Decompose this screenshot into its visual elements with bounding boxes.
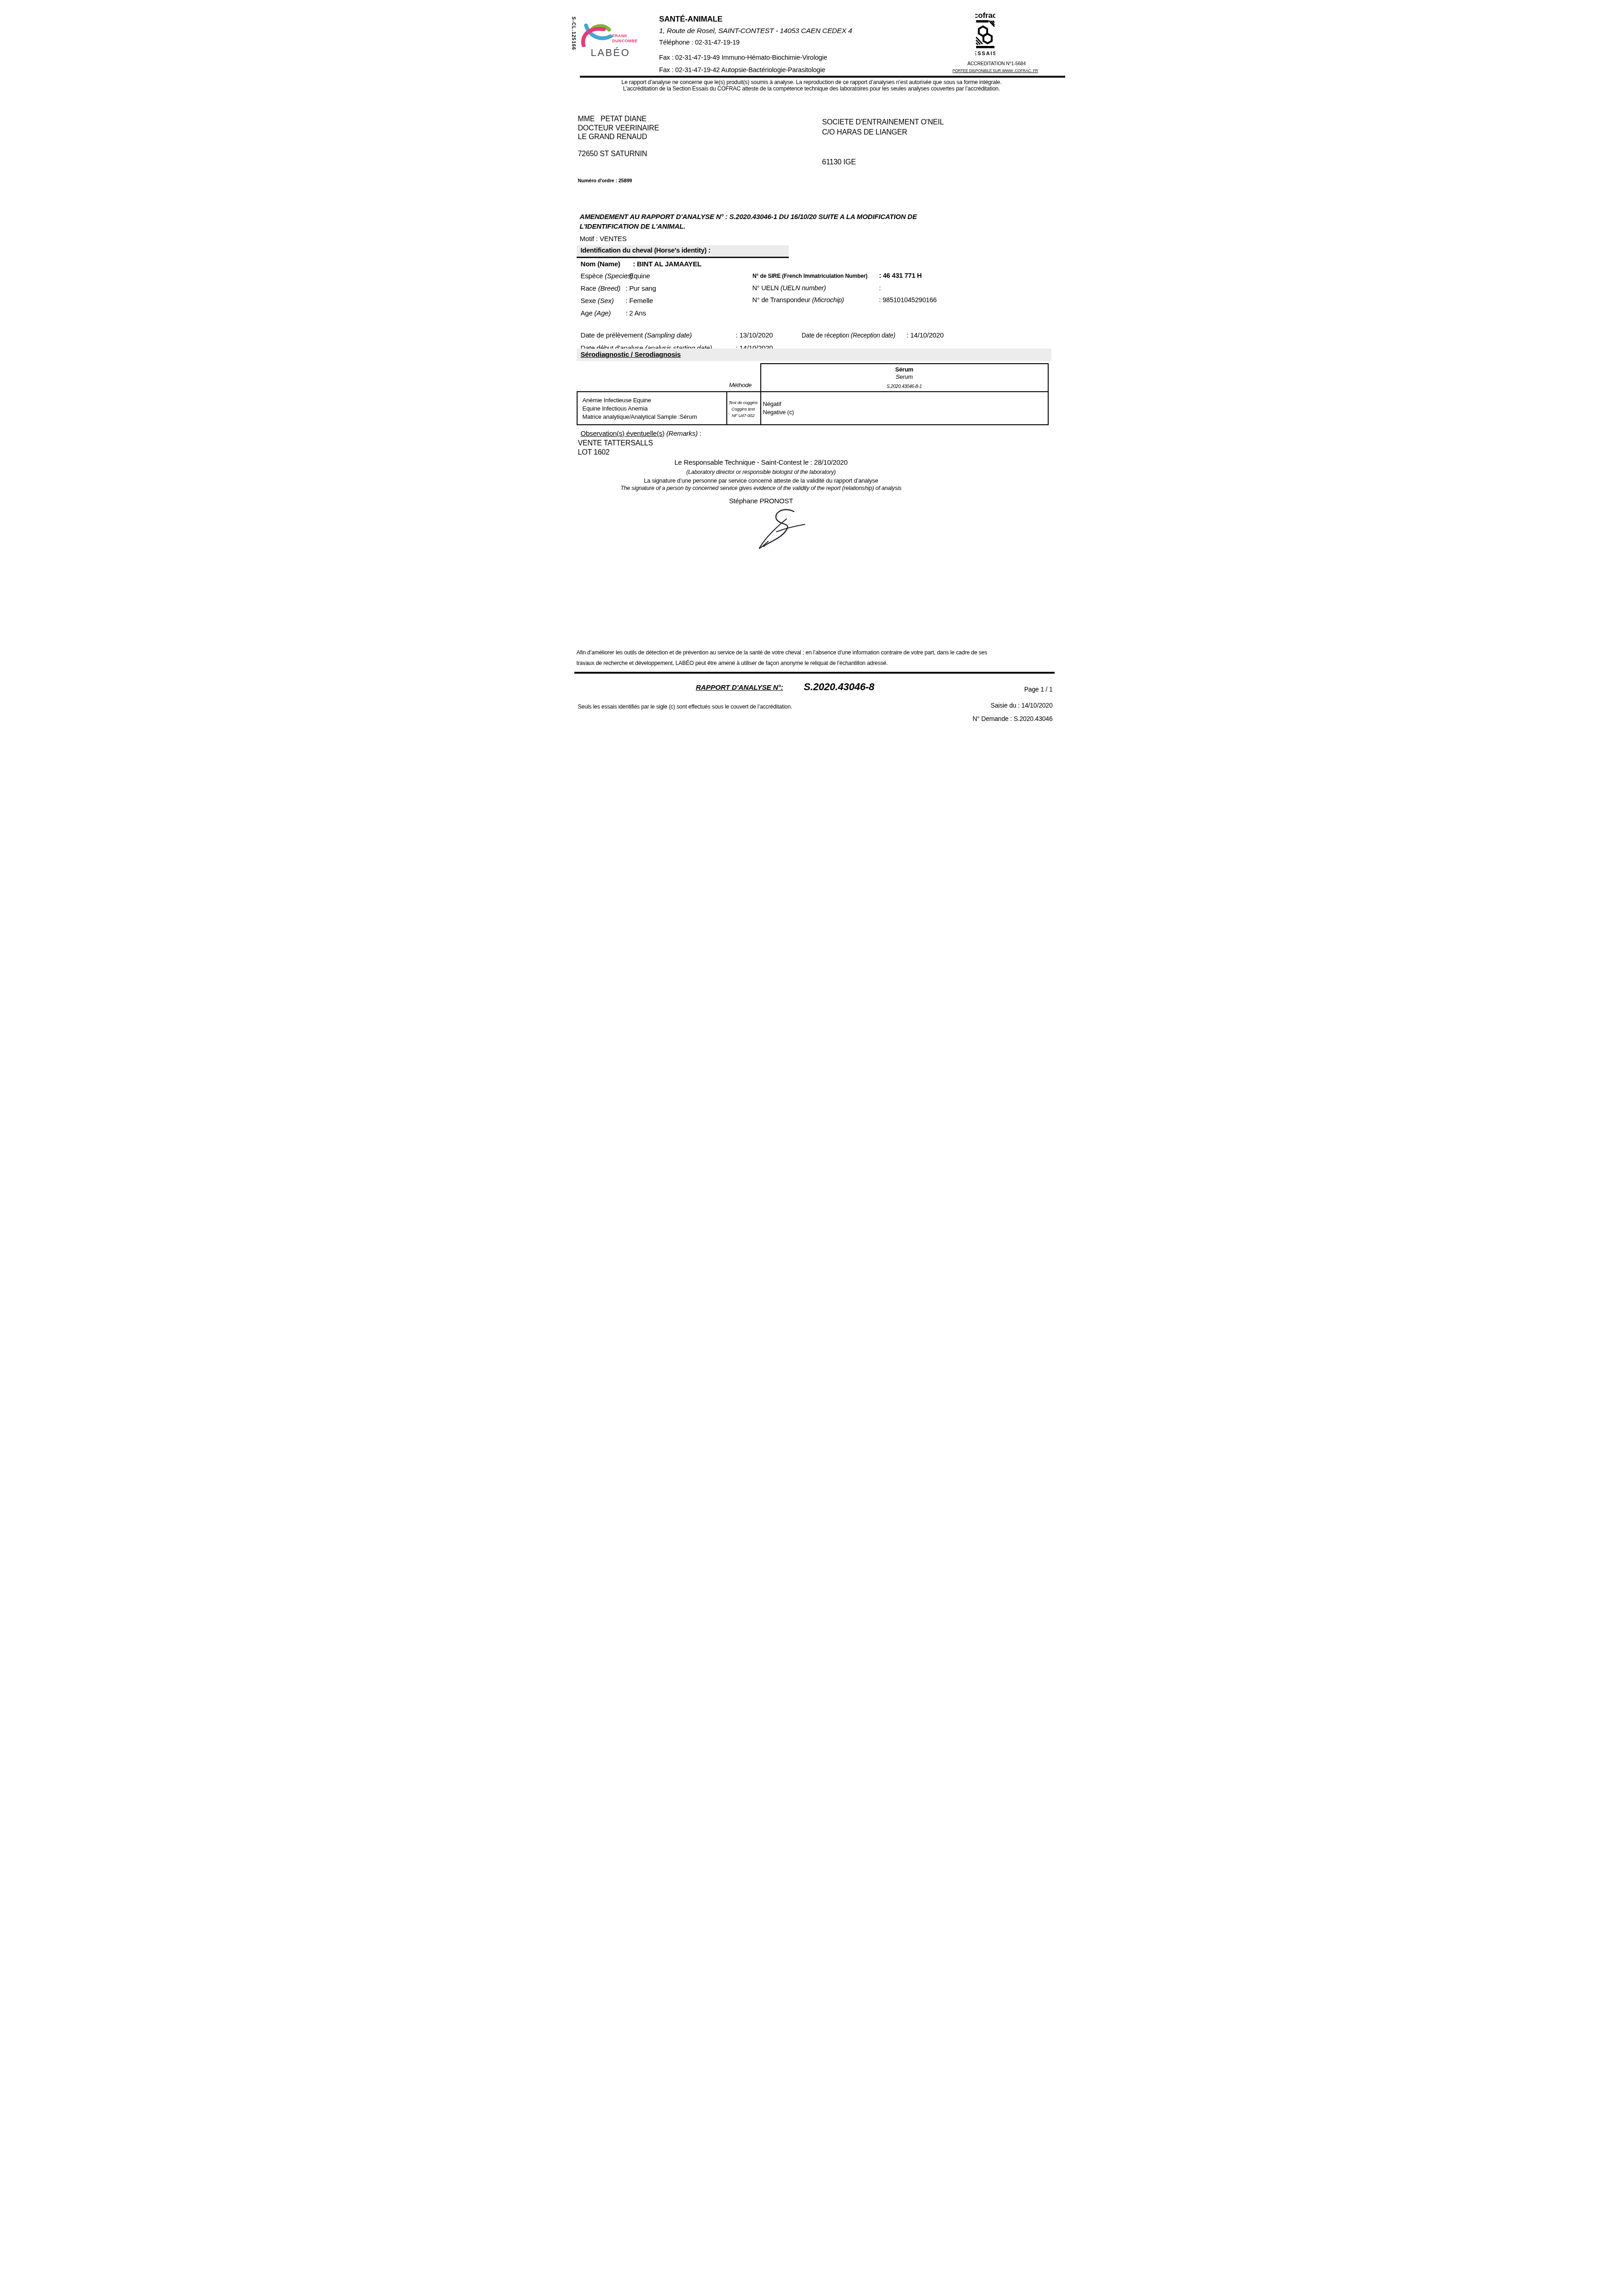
sex-label: Sexe (Sex) [581, 297, 614, 305]
lab-department-title: SANTÉ-ANIMALE [659, 15, 723, 24]
research-note-line2: travaux de recherche et développement, L… [577, 660, 888, 666]
observation-line2: LOT 1602 [578, 449, 610, 457]
test-name-en: Equine Infectious Anemia [583, 405, 648, 412]
age-value: : 2 Ans [626, 310, 646, 317]
owner-address: C/O HARAS DE LIANGER [822, 129, 907, 137]
recipient-city: 72650 ST SATURNIN [578, 150, 647, 158]
serology-section-title: Sérodiagnostic / Serodiagnosis [581, 351, 681, 359]
result-value-fr: Négatif [763, 400, 781, 407]
recipient-name: MME PETAT DIANE [578, 115, 647, 124]
page-indicator: Page 1 / 1 [1011, 686, 1053, 693]
test-name-fr: Anémie Infectieuse Equine [583, 397, 651, 404]
microchip-value: : 985101045290166 [879, 297, 937, 304]
age-label: Age (Age) [581, 310, 611, 317]
recipient-address: LE GRAND RENAUD [578, 133, 647, 141]
serum-sample-id: S.2020.43046-8-1 [760, 384, 1049, 389]
sampling-date-value: : 13/10/2020 [736, 332, 773, 339]
breed-value: : Pur sang [626, 285, 656, 293]
sampling-date-label: Date de prélèvement (Sampling date) [581, 332, 692, 339]
report-number-label: RAPPORT D'ANALYSE N°: [696, 684, 783, 692]
side-reference-label: S-CL.125166 [571, 17, 576, 50]
header-divider [580, 76, 1065, 78]
cofrac-accreditation-number: ACCREDITATION N°1-5684 [962, 61, 1031, 67]
lab-fax2: Fax : 02-31-47-19-42 Autopsie-Bactériolo… [659, 67, 826, 74]
logo-subbrand: FRANK DUNCOMBE [612, 34, 638, 44]
reception-date-label: Date de réception (Reception date) [802, 332, 906, 339]
cofrac-portee-note: PORTEE DISPONIBLE SUR WWW .COFRAC. FR [953, 68, 1035, 73]
sire-number-label: N° de SIRE (French Immatriculation Numbe… [753, 272, 880, 279]
test-matrix: Matrice analytique/Analytical Sample :Sé… [583, 413, 697, 420]
method-line1: Test de coggins [727, 400, 759, 405]
cofrac-name-text: cofrac [975, 11, 995, 20]
logo-subbrand-line2: DUNCOMBE [612, 39, 638, 44]
microchip-label: N° de Transpondeur (Microchip) [753, 297, 844, 304]
observations-title: Observation(s) éventuelle(s) (Remarks) : [581, 430, 702, 438]
cofrac-logo-icon: cofrac ESSAIS [975, 10, 995, 58]
order-number: Numéro d'ordre : 25899 [578, 178, 632, 184]
lab-fax1: Fax : 02-31-47-19-49 Immuno-Hémato-Bioch… [659, 54, 827, 62]
handwritten-signature-icon [750, 506, 819, 550]
owner-name: SOCIETE D'ENTRAINEMENT O'NEIL [822, 118, 944, 127]
ueln-label: N° UELN (UELN number) [753, 285, 826, 292]
report-number-value: S.2020.43046-8 [804, 681, 875, 693]
signoff-line3: La signature d’une personne par service … [605, 477, 917, 484]
signatory-name: Stéphane PRONOST [605, 497, 917, 505]
sex-value: : Femelle [626, 297, 653, 305]
lab-phone: Téléphone : 02-31-47-19-19 [659, 39, 740, 46]
reception-date-value: : 14/10/2020 [907, 332, 944, 339]
research-note-line1: Afin d’améliorer les outils de détection… [577, 649, 988, 656]
signoff-line1: Le Responsable Technique - Saint-Contest… [605, 459, 917, 467]
breed-label: Race (Breed) [581, 285, 621, 293]
method-line3: NF U47-002 [727, 413, 759, 418]
entry-date: Saisie du : 14/10/2020 [947, 702, 1053, 709]
signoff-line4: The signature of a person by concerned s… [605, 485, 917, 491]
amendment-motif: Motif : VENTES [580, 235, 627, 243]
lab-address: 1, Route de Rosel, SAINT-CONTEST - 14053… [659, 27, 852, 35]
amendment-line2: L'IDENTIFICATION DE L'ANIMAL. [580, 223, 685, 231]
horse-name-label: Nom (Name) [581, 260, 620, 268]
observation-line1: VENTE TATTERSALLS [578, 439, 653, 448]
footer-divider [574, 672, 1055, 674]
horse-name-value: : BINT AL JAMAAYEL [633, 260, 702, 268]
recipient-title: DOCTEUR VEERINAIRE [578, 124, 659, 133]
cofrac-essais-text: ESSAIS [975, 51, 995, 56]
ueln-value: : [879, 285, 881, 292]
request-number: N° Demande : S.2020.43046 [924, 715, 1053, 722]
accreditation-footnote: Seuls les essais identifiés par le sigle… [578, 703, 792, 710]
lab-report-page: S-CL.125166 FRANK DUNCOMBE LABÉO SANTÉ-A… [552, 0, 1071, 734]
method-column-header: Méthode [721, 382, 760, 388]
owner-city: 61130 IGE [822, 158, 856, 167]
serum-column-title-en: Serum [760, 373, 1049, 380]
serum-column-title-fr: Sérum [760, 366, 1049, 373]
identification-section-title: Identification du cheval (Horse's identi… [581, 247, 711, 254]
report-disclaimer-line2: L’accréditation de la Section Essais du … [571, 85, 1053, 92]
sire-number-value: : 46 431 771 H [879, 272, 922, 280]
amendment-line1: AMENDEMENT AU RAPPORT D'ANALYSE N° : S.2… [580, 213, 917, 221]
result-row-divider-2 [760, 392, 761, 424]
signoff-line2: (Laboratory director or responsible biol… [605, 469, 917, 475]
report-disclaimer-line1: Le rapport d’analyse ne concerne que le(… [571, 79, 1053, 85]
logo-brand-text: LABÉO [591, 47, 630, 59]
species-value: : Equine [626, 272, 650, 280]
logo-subbrand-line1: FRANK [612, 34, 638, 39]
result-value-en: Negative (c) [763, 409, 794, 416]
method-line2: Coggins test [727, 407, 759, 412]
labeo-swirl-icon [581, 23, 614, 47]
